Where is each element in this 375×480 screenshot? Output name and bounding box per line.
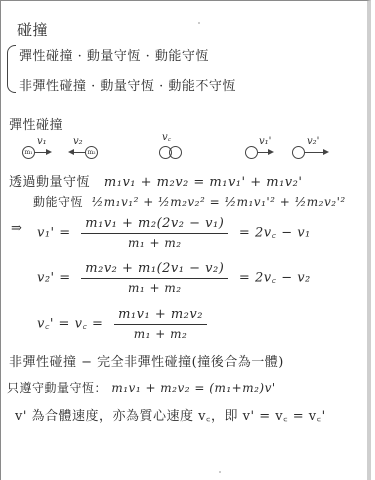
equation-v1-prime: v₁' = m₁v₁ + m₂(2v₂ − v₁) m₁ + m₂ = 2v꜀ … (37, 216, 311, 250)
equation-v2-prime: v₂' = m₂v₂ + m₁(2v₁ − v₂) m₁ + m₂ = 2v꜀ … (37, 261, 311, 295)
ball-m1-icon: m₁ (22, 146, 35, 159)
collision-diagram: m₁ v₁ v₂ m₂ v꜀ v₁' v₂' (1, 136, 371, 166)
velocity-label-v2-prime: v₂' (307, 136, 319, 147)
eq2-denominator: m₁ + m₂ (128, 279, 182, 295)
eq3-denominator: m₁ + m₂ (134, 325, 188, 341)
inelastic-line-2: 只遵守動量守恆： m₁v₁ + m₂v₂ = (m₁+m₂)v' (7, 379, 276, 396)
eq2-numerator: m₂v₂ + m₁(2v₁ − v₂) (81, 261, 228, 279)
summary-inelastic-momentum: 動量守恆 (100, 79, 154, 94)
summary-inelastic-type: 非彈性碰撞 (19, 79, 87, 94)
velocity-label-v1: v₁ (37, 136, 47, 147)
implies-symbol: ⇒ (11, 221, 22, 236)
summary-inelastic: 非彈性碰撞 · 動量守恆 · 動能不守恆 (19, 75, 236, 94)
page-title: 碰撞 (17, 19, 48, 40)
arrow-right-icon (305, 152, 327, 153)
velocity-label-v1-prime: v₁' (259, 136, 271, 147)
ball-after-2-icon (292, 146, 305, 159)
eq1-rhs: = 2v꜀ − v₁ (239, 226, 311, 241)
eq3-lhs: v꜀' = v꜀ = (37, 317, 103, 332)
inelastic-momentum-equation: m₁v₁ + m₂v₂ = (m₁+m₂)v' (111, 381, 275, 395)
eq1-numerator: m₁v₁ + m₂(2v₂ − v₁) (81, 216, 228, 234)
summary-elastic: 彈性碰撞 · 動量守恆 · 動能守恆 (19, 45, 209, 64)
handwritten-notes-page: 碰撞 彈性碰撞 · 動量守恆 · 動能守恆 非彈性碰撞 · 動量守恆 · 動能不… (0, 0, 371, 480)
inelastic-line-3: v' 為合體速度，亦為質心速度 v꜀，即 v' = v꜀ = v꜀' (15, 405, 326, 424)
eq1-lhs: v₁' = (37, 226, 71, 241)
eq1-fraction: m₁v₁ + m₂(2v₂ − v₁) m₁ + m₂ (81, 216, 228, 250)
arrow-right-icon (258, 152, 272, 153)
summary-elastic-type: 彈性碰撞 (19, 49, 73, 64)
elastic-heading: 彈性碰撞 (9, 114, 63, 133)
arrow-right-icon (35, 152, 50, 153)
ball-after-1-icon (245, 146, 258, 159)
inelastic-line-1: 非彈性碰撞 − 完全非彈性碰撞(撞後合為一體) (9, 351, 284, 370)
paper-speck (219, 471, 221, 473)
momentum-label: 透過動量守恆 (9, 175, 90, 190)
eq2-lhs: v₂' = (37, 271, 71, 286)
eq1-denominator: m₁ + m₂ (128, 234, 182, 250)
ball-m2-icon: m₂ (85, 146, 98, 159)
eq3-fraction: m₁v₁ + m₂v₂ m₁ + m₂ (114, 307, 207, 341)
eq3-numerator: m₁v₁ + m₂v₂ (114, 307, 207, 325)
energy-equation: ½m₁v₁² + ½m₂v₂² = ½m₁v₁'² + ½m₂v₂'² (92, 195, 346, 209)
momentum-equation: m₁v₁ + m₂v₂ = m₁v₁' + m₁v₂' (104, 175, 303, 190)
energy-label: 動能守恆 (33, 195, 83, 209)
eq2-rhs: = 2v꜀ − v₂ (239, 271, 311, 286)
summary-elastic-energy: 動能守恆 (155, 49, 209, 64)
velocity-label-vc: v꜀ (162, 129, 171, 143)
equation-vc-prime: v꜀' = v꜀ = m₁v₁ + m₂v₂ m₁ + m₂ (37, 307, 213, 341)
arrow-left-icon (70, 152, 85, 153)
summary-elastic-momentum: 動量守恆 (87, 49, 141, 64)
summary-inelastic-energy: 動能不守恆 (168, 79, 236, 94)
momentum-line: 透過動量守恆 m₁v₁ + m₂v₂ = m₁v₁' + m₁v₂' (9, 171, 302, 190)
velocity-label-v2: v₂ (73, 136, 83, 147)
summary-brace (7, 45, 16, 93)
eq2-fraction: m₂v₂ + m₁(2v₁ − v₂) m₁ + m₂ (81, 261, 228, 295)
energy-line: 動能守恆 ½m₁v₁² + ½m₂v₂² = ½m₁v₁'² + ½m₂v₂'² (33, 193, 346, 210)
ball-merged-2-icon (169, 146, 182, 159)
paper-speck (198, 22, 200, 24)
inelastic-momentum-label: 只遵守動量守恆： (7, 381, 107, 395)
